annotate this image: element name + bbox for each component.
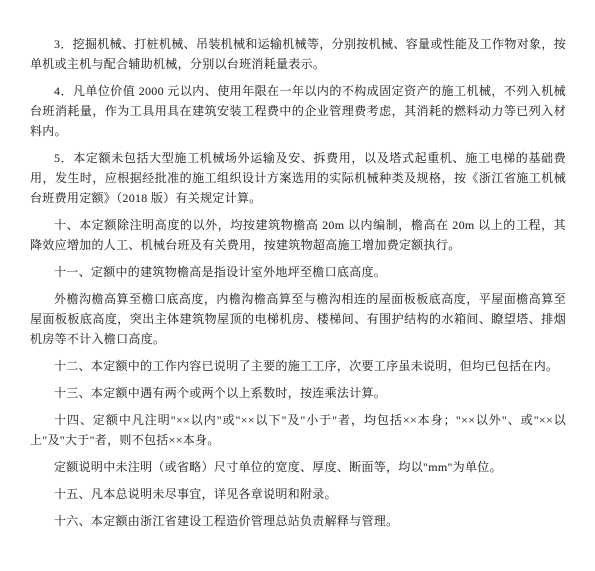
- paragraph-item-13: 十三、本定额中遇有两个或两个以上系数时，按连乘法计算。: [30, 383, 566, 403]
- document-page: 3．挖掘机械、打桩机械、吊装机械和运输机械等，分别按机械、容量或性能及工作物对象…: [0, 0, 595, 571]
- paragraph-item-15: 十五、凡本总说明未尽事宜，详见各章说明和附录。: [30, 484, 566, 504]
- paragraph-item-10: 十、本定额除注明高度的以外，均按建筑物檐高 20m 以内编制，檐高在 20m 以…: [30, 215, 566, 255]
- paragraph-item-11: 十一、定额中的建筑物檐高是指设计室外地坪至檐口底高度。: [30, 262, 566, 282]
- paragraph-eaves-height-note: 外檐沟檐高算至檐口底高度，内檐沟檐高算至与檐沟相连的屋面板板底高度，平屋面檐高算…: [30, 289, 566, 349]
- paragraph-item-12: 十二、本定额中的工作内容已说明了主要的施工工序，次要工序虽未说明，但均已包括在内…: [30, 356, 566, 376]
- paragraph-item-14: 十四、定额中凡注明"××以内"或"××以下"及"小于"者，均包括××本身；"××…: [30, 410, 566, 450]
- paragraph-item-3: 3．挖掘机械、打桩机械、吊装机械和运输机械等，分别按机械、容量或性能及工作物对象…: [30, 34, 566, 74]
- paragraph-item-16: 十六、本定额由浙江省建设工程造价管理总站负责解释与管理。: [30, 511, 566, 531]
- document-body: 3．挖掘机械、打桩机械、吊装机械和运输机械等，分别按机械、容量或性能及工作物对象…: [30, 34, 566, 538]
- paragraph-item-5: 5．本定额未包括大型施工机械场外运输及安、拆费用，以及塔式起重机、施工电梯的基础…: [30, 148, 566, 208]
- paragraph-item-4: 4．凡单位价值 2000 元以内、使用年限在一年以内的不构成固定资产的施工机械，…: [30, 81, 566, 141]
- paragraph-unit-note: 定额说明中未注明（或省略）尺寸单位的宽度、厚度、断面等，均以"mm"为单位。: [30, 457, 566, 477]
